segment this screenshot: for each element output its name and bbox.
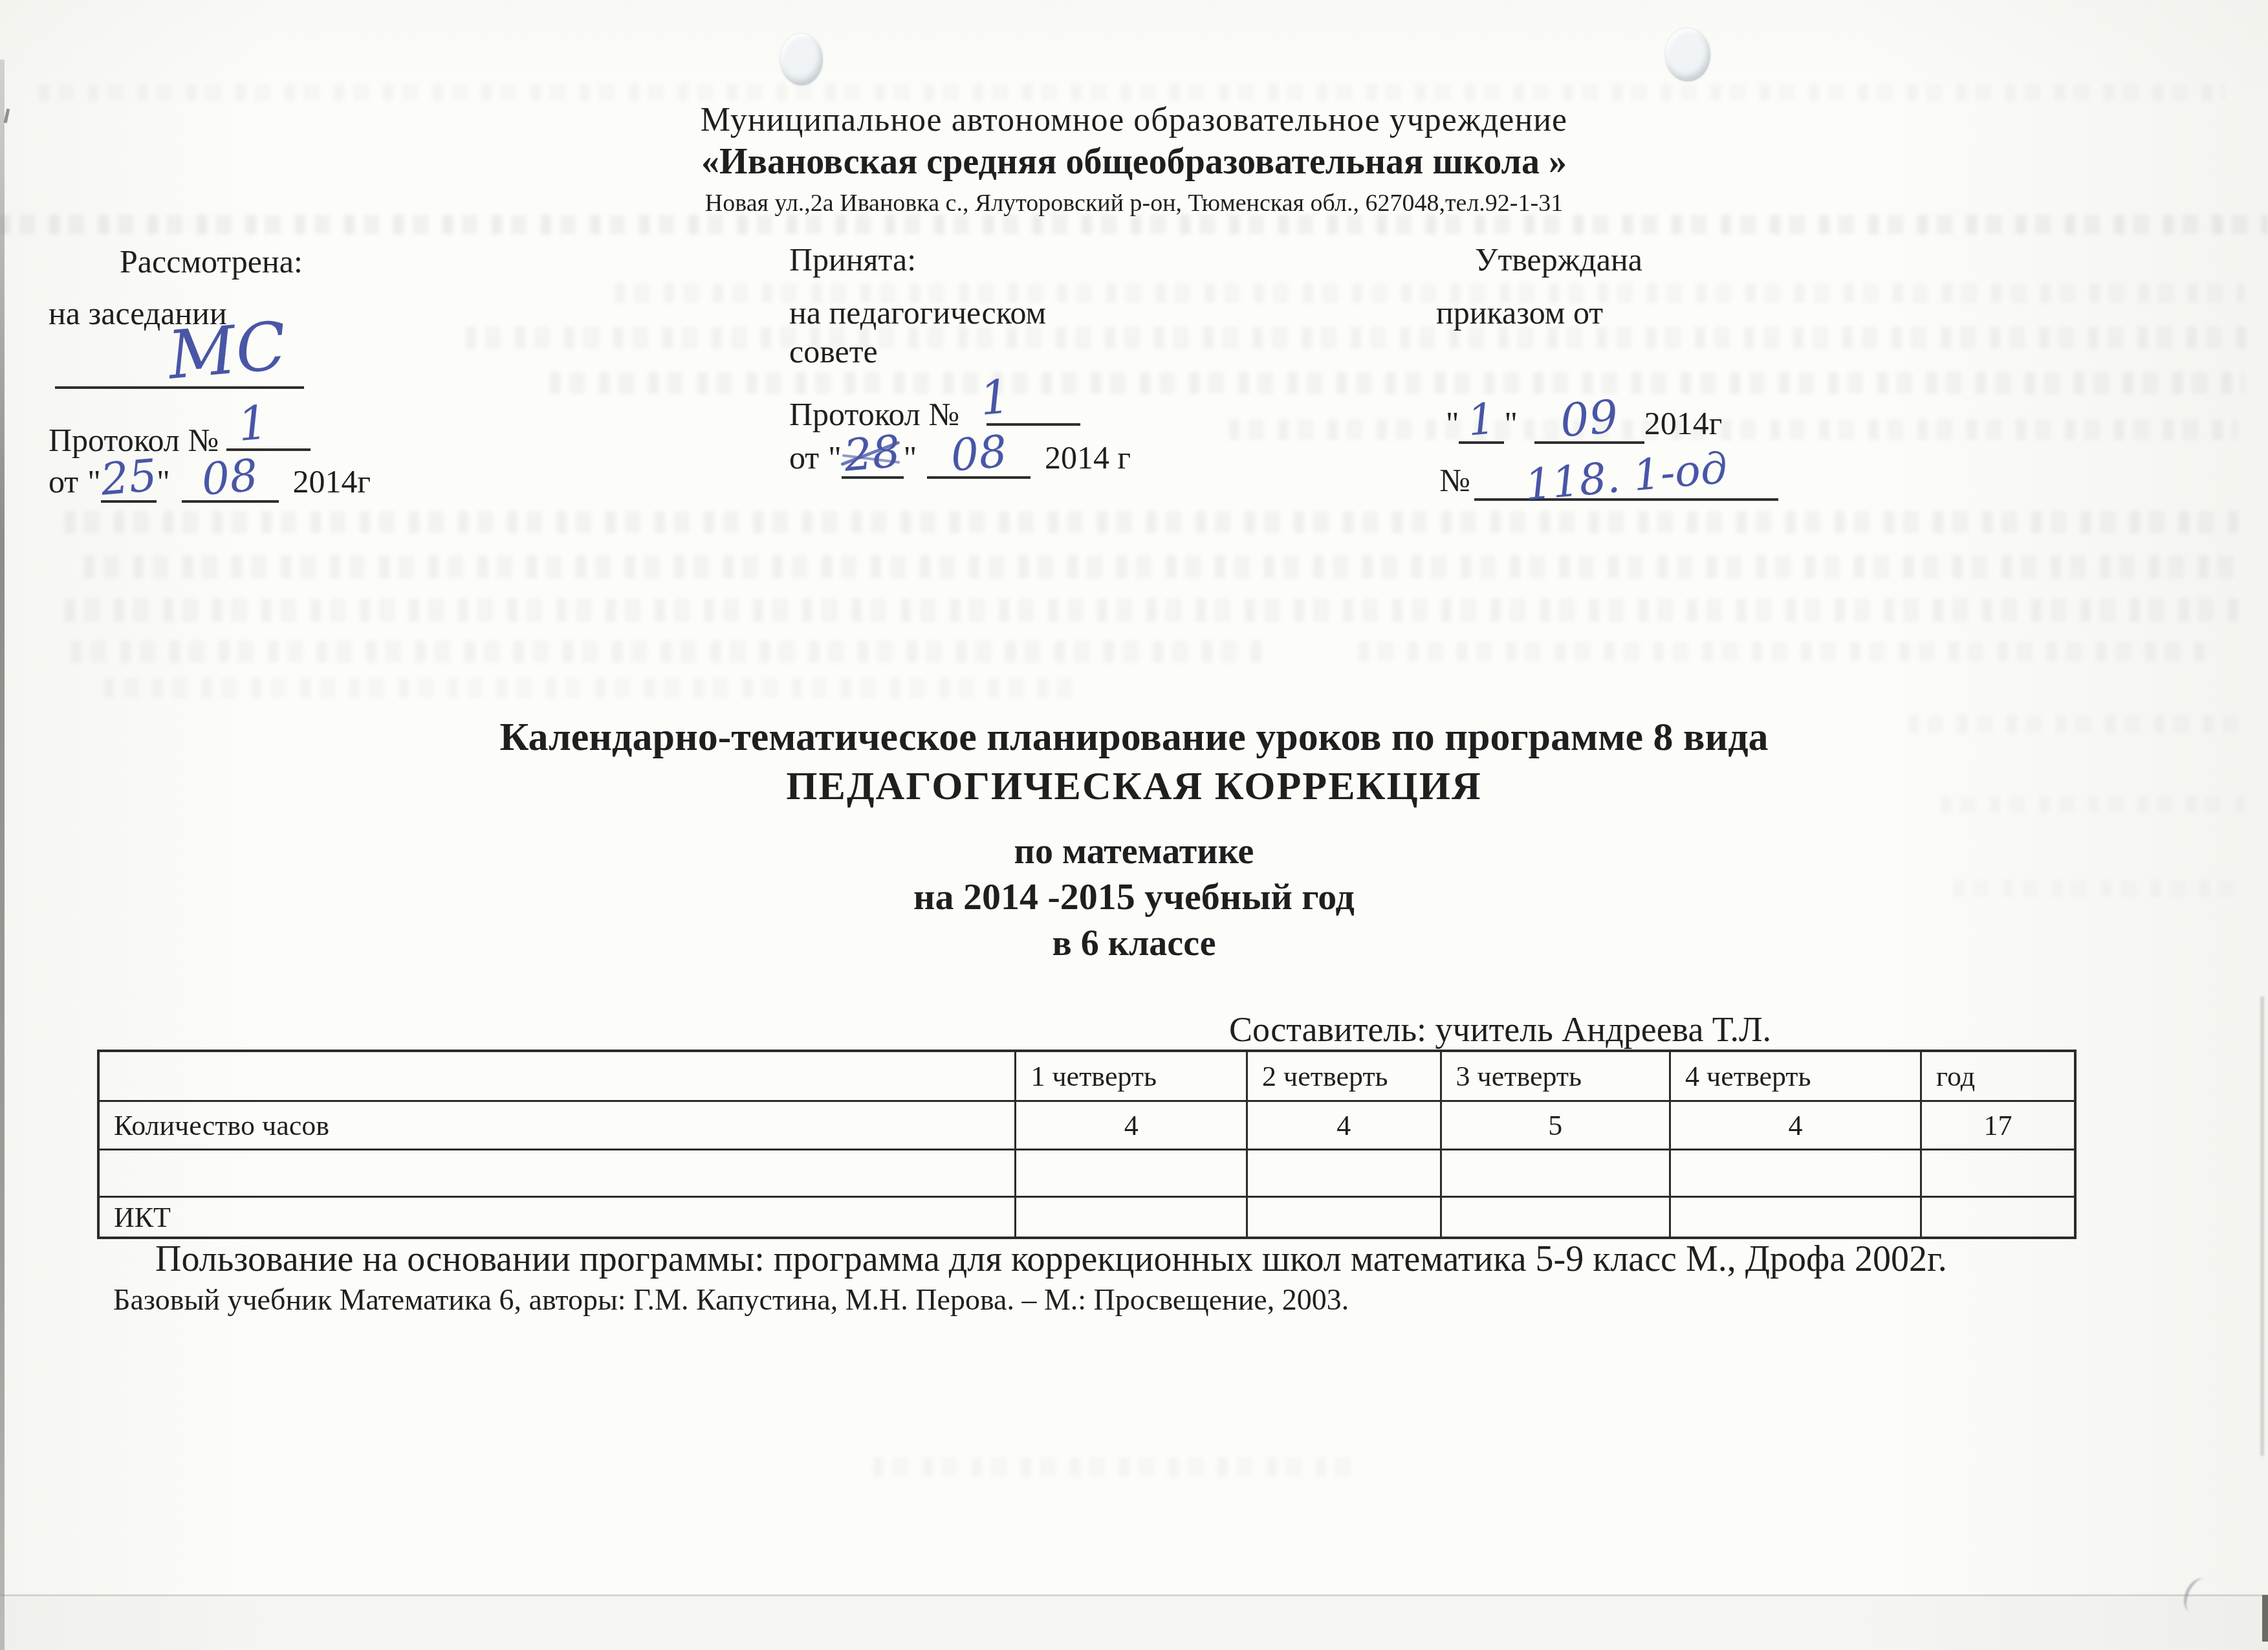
reviewed-signature-line [55, 386, 304, 389]
empty-cell [1921, 1197, 2075, 1238]
header-cell-empty [98, 1051, 1016, 1101]
header-cell-q4: 4 четверть [1670, 1051, 1921, 1101]
open-quote: " [1446, 404, 1459, 442]
bleedthrough-line [1358, 642, 2212, 661]
approved-order-label: № [1439, 461, 1470, 499]
punch-hole-right [1665, 28, 1710, 82]
reviewed-year: 2014г [293, 463, 371, 500]
hours-q2: 4 [1247, 1101, 1441, 1150]
table-row-empty [98, 1150, 2075, 1197]
empty-cell [1670, 1150, 1921, 1197]
row-label [98, 1150, 1016, 1197]
punch-hole-left [780, 34, 823, 85]
hours-q4: 4 [1670, 1101, 1921, 1150]
bleedthrough-line [1229, 419, 2238, 440]
approved-order-row: № 118. 1-од [1439, 456, 1778, 501]
doc-title-school-year: на 2014 -2015 учебный год [0, 875, 2268, 918]
base-textbook-line: Базовый учебник Математика 6, авторы: Г.… [113, 1282, 1349, 1317]
accepted-body-line1: на педагогическом [789, 294, 1046, 331]
empty-cell [1247, 1150, 1441, 1197]
bleedthrough-line [0, 215, 2268, 234]
close-quote: " [1504, 404, 1517, 442]
bleedthrough-line [84, 555, 2245, 578]
accepted-year: 2014 г [1045, 439, 1131, 476]
accepted-month-handwritten: 08 [949, 430, 1009, 478]
accepted-title: Принята: [789, 241, 916, 278]
header-cell-q1: 1 четверть [1016, 1051, 1247, 1101]
table-row-ikt: ИКТ [98, 1197, 2075, 1238]
bleedthrough-line [39, 84, 2225, 101]
letterhead-school-name: «Ивановская средняя общеобразовательная … [0, 141, 2268, 182]
bleedthrough-line [65, 511, 2245, 533]
author-line: Составитель: учитель Андреева Т.Л. [1229, 1009, 1771, 1050]
header-cell-q2: 2 четверть [1247, 1051, 1441, 1101]
accepted-body-line2: совете [789, 333, 878, 370]
open-quote: " [828, 439, 841, 476]
reviewed-protocol-number-line [226, 448, 311, 451]
bleedthrough-line [65, 599, 2238, 622]
bleedthrough-line [71, 641, 1268, 663]
open-quote: " [87, 463, 100, 500]
reviewed-date-from-label: от [49, 463, 78, 500]
approved-date-row: " 1 " 09 2014г [1446, 396, 1722, 444]
empty-cell [1921, 1150, 2075, 1197]
approved-order-number-handwritten: 118. 1-од [1523, 446, 1729, 507]
approved-day-handwritten: 1 [1467, 397, 1498, 442]
reviewed-handwritten-signature: МС [165, 307, 289, 394]
hours-q1: 4 [1016, 1101, 1247, 1150]
bleedthrough-line [873, 1457, 1365, 1477]
header-cell-year: год [1921, 1051, 2075, 1101]
table-row-hours: Количество часов 4 4 5 4 17 [98, 1101, 2075, 1150]
doc-title-line2: ПЕДАГОГИЧЕСКАЯ КОРРЕКЦИЯ [0, 764, 2268, 809]
program-basis-line: Пользование на основании программы: прог… [155, 1238, 1947, 1280]
hours-table-header-row: 1 четверть 2 четверть 3 четверть 4 четве… [98, 1051, 2075, 1101]
empty-cell [1016, 1150, 1247, 1197]
empty-cell [1016, 1197, 1247, 1238]
scan-right-edge-dark [2262, 1595, 2268, 1642]
letterhead-line1: Муниципальное автономное образовательное… [0, 101, 2268, 139]
hours-q3: 5 [1441, 1101, 1670, 1150]
header-cell-q3: 3 четверть [1441, 1051, 1670, 1101]
accepted-date-from-label: от [789, 439, 819, 476]
bleedthrough-line [104, 678, 1074, 698]
empty-cell [1441, 1197, 1670, 1238]
row-label: ИКТ [98, 1197, 1016, 1238]
hours-table: 1 четверть 2 четверть 3 четверть 4 четве… [97, 1050, 2077, 1239]
approved-year: 2014г [1644, 404, 1723, 442]
approved-title: Утверждана [1475, 241, 1642, 278]
scanned-document-page: Муниципальное автономное образовательное… [0, 0, 2268, 1650]
scan-right-edge-streak [2260, 996, 2264, 1456]
accepted-date-row: от " 28 " 08 2014 г [789, 432, 1131, 479]
doc-title-line1: Календарно-тематическое планирование уро… [0, 714, 2268, 760]
reviewed-date-row: от " 25 " 08 2014г [49, 456, 371, 503]
approved-body: приказом от [1436, 294, 1603, 331]
letterhead-address: Новая ул.,2а Ивановка с., Ялуторовский р… [0, 189, 2268, 217]
empty-cell [1441, 1150, 1670, 1197]
row-label: Количество часов [98, 1101, 1016, 1150]
reviewed-title: Рассмотрена: [120, 243, 303, 280]
empty-cell [1670, 1197, 1921, 1238]
reviewed-month-handwritten: 08 [201, 454, 260, 502]
accepted-day-handwritten: 28 [843, 430, 902, 478]
doc-title-subject: по математике [0, 831, 2268, 872]
bleedthrough-line [466, 327, 2251, 349]
close-quote: " [904, 439, 917, 476]
scan-below-paper-area [0, 1596, 2268, 1650]
reviewed-day-handwritten: 25 [99, 454, 158, 502]
approved-month-handwritten: 09 [1558, 393, 1620, 443]
hours-year: 17 [1921, 1101, 2075, 1150]
reviewed-protocol-number-handwritten: 1 [236, 395, 270, 452]
accepted-protocol-number-line [987, 423, 1080, 426]
empty-cell [1247, 1197, 1441, 1238]
doc-title-grade: в 6 классе [0, 923, 2268, 964]
accepted-protocol-number-handwritten: 1 [978, 369, 1012, 426]
accepted-protocol-label: Протокол № [789, 396, 959, 432]
